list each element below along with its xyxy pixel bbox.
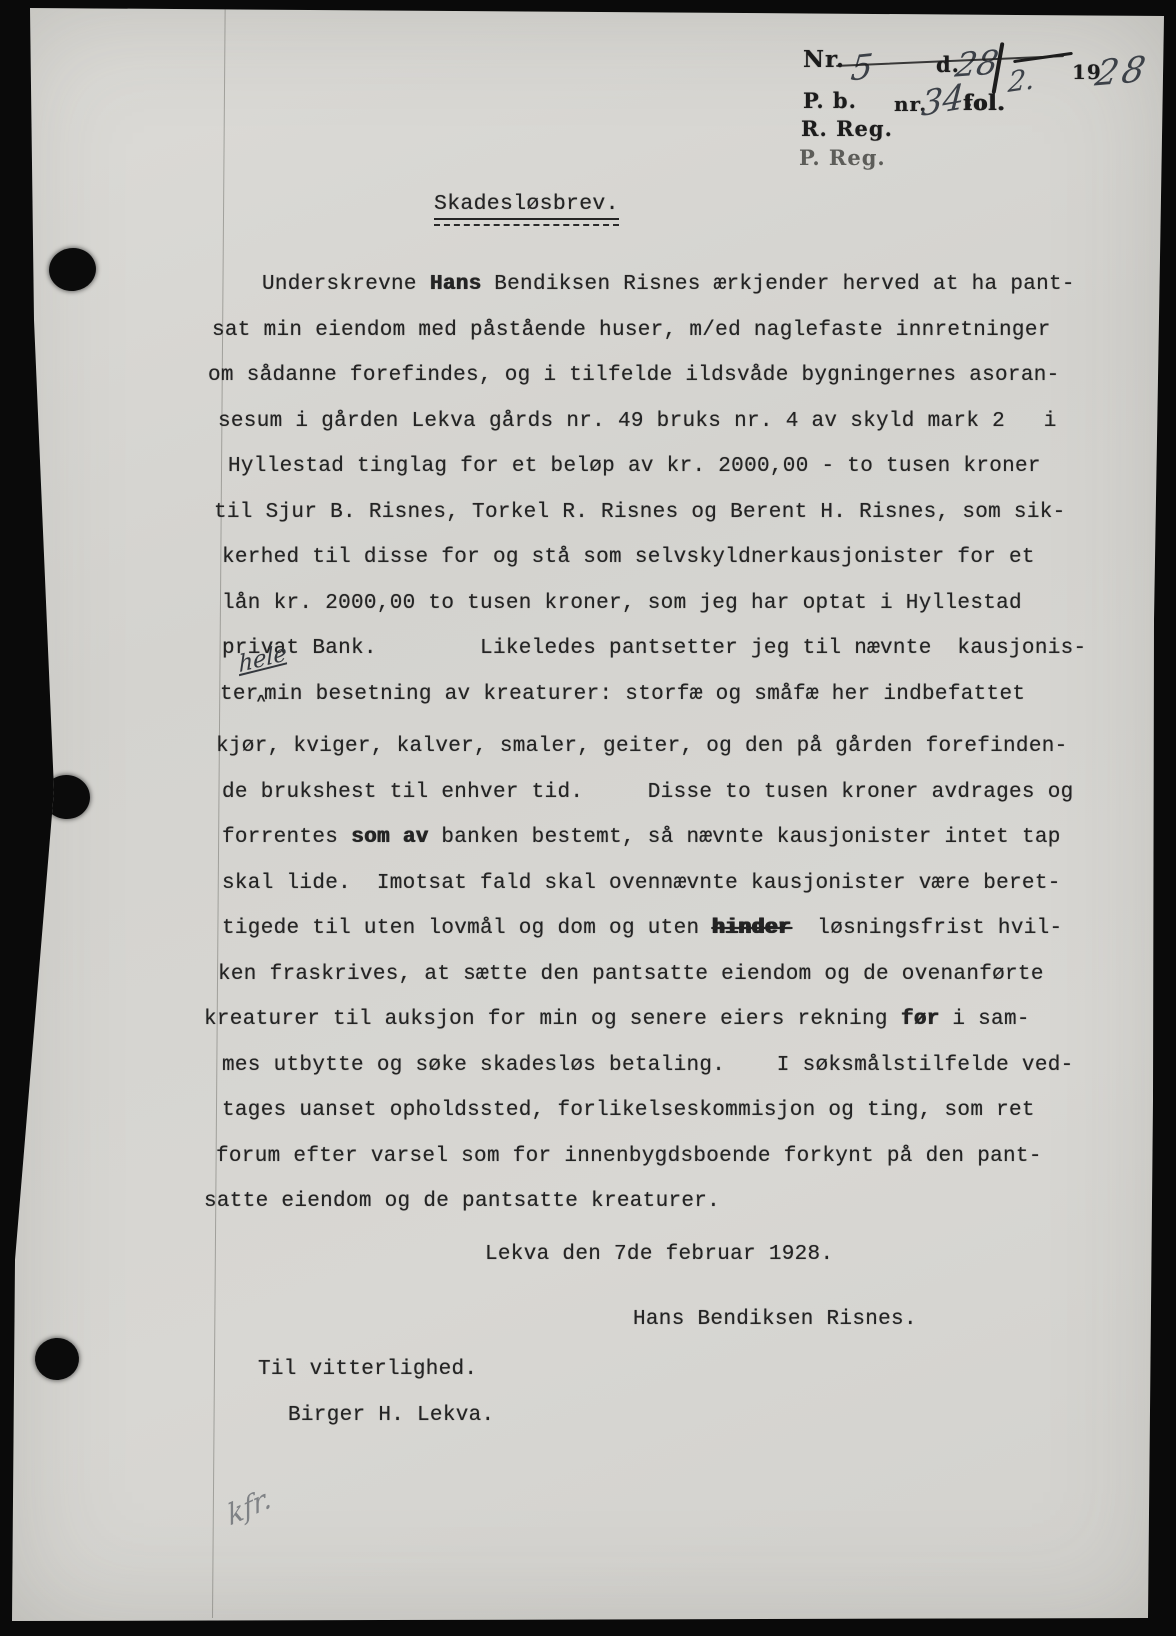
document-title: Skadesløsbrev.	[434, 192, 619, 220]
body-line: om sådanne forefindes, og i tilfelde ild…	[208, 353, 1102, 399]
body-line: forum efter varsel som for innenbygdsboe…	[216, 1134, 1102, 1180]
handwritten-clerk-initials: kfr.	[225, 1480, 273, 1532]
body-line: tigede til uten lovmål og dom og uten hi…	[222, 906, 1102, 952]
body-line: Hyllestad tinglag for et beløp av kr. 20…	[228, 444, 1102, 490]
punch-hole-bottom	[34, 1337, 81, 1382]
body-line: ter^min besetning av kreaturer: storfæ o…	[220, 672, 1102, 725]
body-line: skal lide. Imotsat fald skal ovennævnte …	[222, 861, 1102, 907]
body-line: sesum i gården Lekva gårds nr. 49 bruks …	[218, 399, 1102, 445]
body-line: satte eiendom og de pantsatte kreaturer.	[204, 1179, 1102, 1225]
stamp-r-reg-label: R. Reg.	[801, 116, 893, 141]
body-line: til Sjur B. Risnes, Torkel R. Risnes og …	[214, 490, 1102, 536]
witness-name: Birger H. Lekva.	[288, 1404, 494, 1427]
stamp-year-handwritten: 28	[1092, 49, 1152, 94]
body-line: forrentes som av banken bestemt, så nævn…	[222, 815, 1102, 861]
date-line: Lekva den 7de februar 1928.	[485, 1243, 833, 1266]
punch-hole-middle	[41, 773, 92, 822]
witness-heading: Til vitterlighed.	[258, 1358, 477, 1381]
punch-hole-top	[46, 245, 99, 294]
body-line: sat min eiendom med påstående huser, m/e…	[212, 308, 1102, 354]
body-line: ken fraskrives, at sætte den pantsatte e…	[218, 952, 1102, 998]
body-line: kreaturer til auksjon for min og senere …	[204, 997, 1102, 1043]
stamp-nr-label: Nr.	[803, 46, 845, 73]
stamp-date-month-handwritten: 2.	[1007, 62, 1036, 99]
body-line: privat Bank. Likeledes pantsetter jeg ti…	[222, 626, 1102, 672]
stamp-nr-value-handwritten: 5	[849, 47, 875, 90]
stamp-fol-label: fol.	[963, 90, 1005, 115]
body-line: Underskrevne Hans Bendiksen Risnes ærkje…	[262, 262, 1102, 308]
body-line: mes utbytte og søke skadesløs betaling. …	[222, 1043, 1102, 1089]
body-line: kerhed til disse for og stå som selvskyl…	[222, 535, 1102, 581]
body-lines: Underskrevne Hans Bendiksen Risnes ærkje…	[222, 262, 1102, 1225]
signature-line: Hans Bendiksen Risnes.	[633, 1308, 917, 1331]
paper-sheet: Nr. 5 d. 28 2. 19 28 P. b. nr. 34. fol. …	[0, 0, 1176, 1636]
body-line: de brukshest til enhver tid. Disse to tu…	[222, 770, 1102, 816]
body-line: tages uanset opholdssted, forlikelseskom…	[222, 1088, 1102, 1134]
body-line: lån kr. 2000,00 to tusen kroner, som jeg…	[222, 581, 1102, 627]
stamp-p-reg-label: P. Reg.	[799, 145, 886, 170]
scanned-page: Nr. 5 d. 28 2. 19 28 P. b. nr. 34. fol. …	[0, 0, 1176, 1636]
title-block: Skadesløsbrev.	[434, 192, 619, 226]
stamp-pb-label: P. b.	[803, 88, 857, 113]
body-line: kjør, kviger, kalver, smaler, geiter, og…	[216, 724, 1102, 770]
